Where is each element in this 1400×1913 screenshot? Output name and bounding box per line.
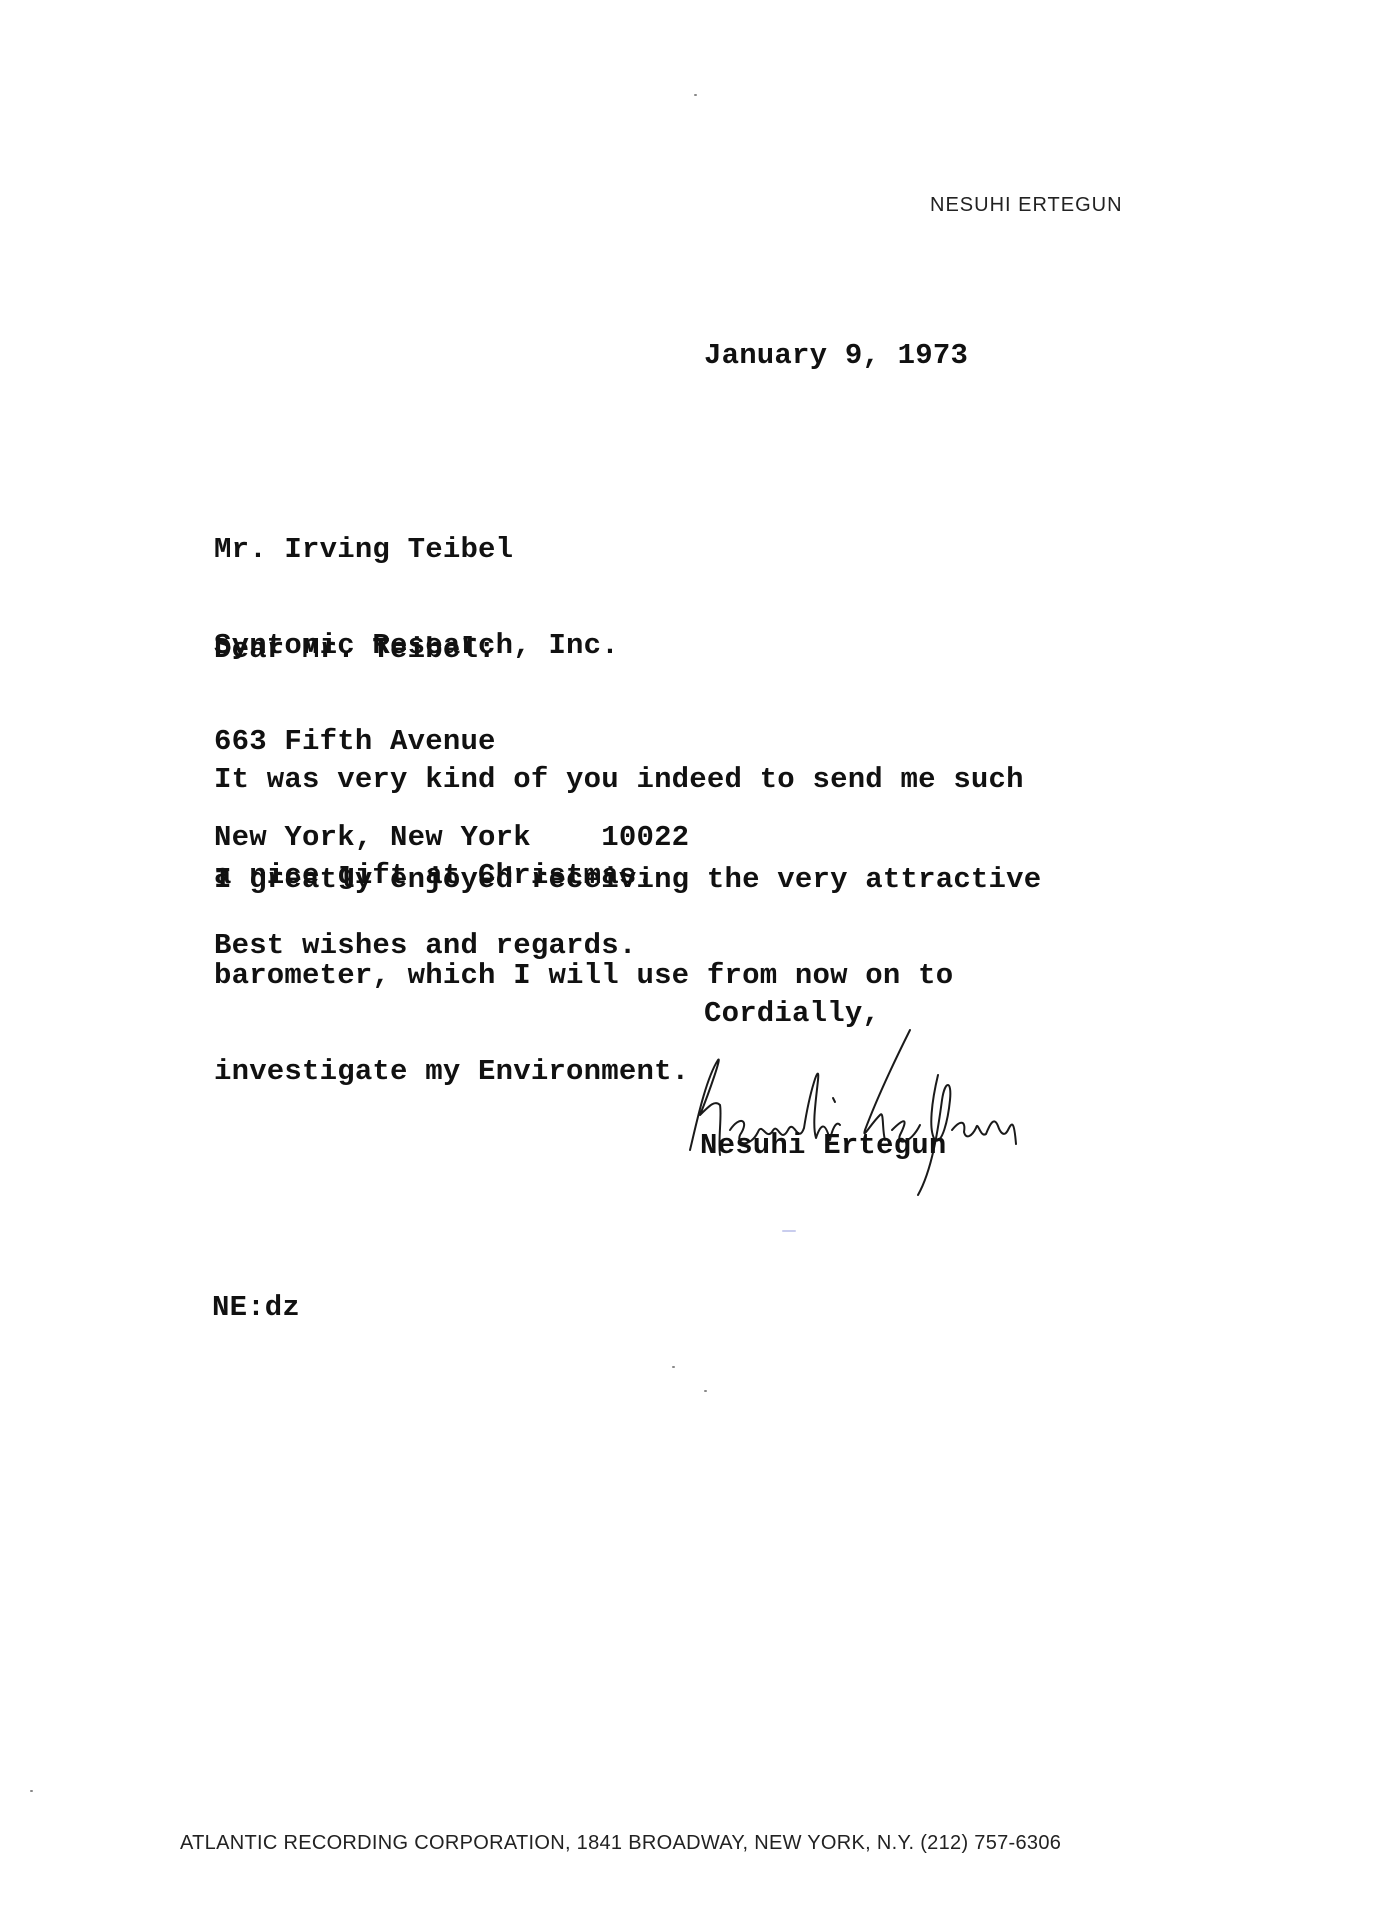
paper-speck	[30, 1790, 33, 1792]
letterhead-name: NESUHI ERTEGUN	[930, 194, 1123, 217]
signature-icon	[670, 1020, 1140, 1200]
body-line: It was very kind of you indeed to send m…	[214, 764, 1024, 796]
body-line: barometer, which I will use from now on …	[214, 960, 1041, 992]
body-line: I greatly enjoyed receiving the very att…	[214, 864, 1041, 896]
closing-sentence: Best wishes and regards.	[214, 930, 636, 962]
paper-speck	[704, 1390, 707, 1392]
letterhead-footer: ATLANTIC RECORDING CORPORATION, 1841 BRO…	[180, 1832, 1061, 1855]
paper-speck	[672, 1366, 675, 1368]
address-line: Mr. Irving Teibel	[214, 534, 689, 566]
paper-speck	[782, 1230, 796, 1232]
reference-initials: NE:dz	[212, 1292, 300, 1324]
typed-name: Nesuhi Ertegun	[700, 1130, 946, 1162]
paper-speck	[694, 94, 697, 96]
letter-date: January 9, 1973	[704, 340, 968, 372]
salutation: Dear Mr. Teibel:	[214, 634, 496, 666]
